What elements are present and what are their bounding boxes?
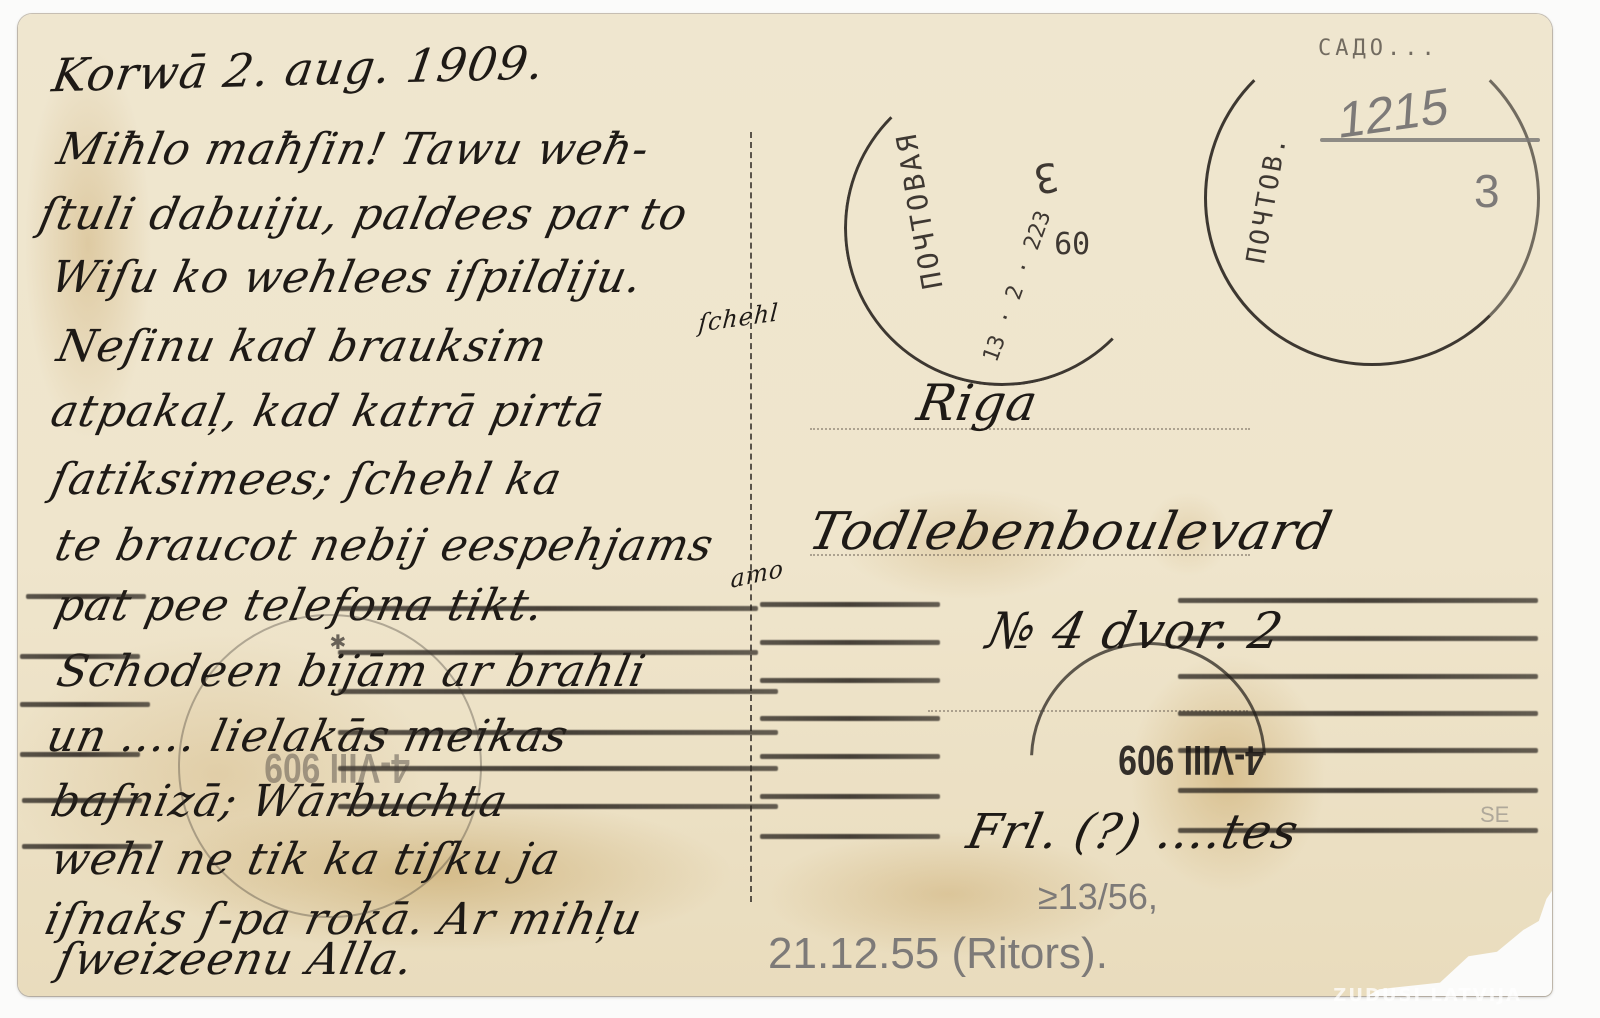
message-line: Neſinu kad brauksim [53, 321, 552, 372]
message-line: Wiſu ko wehlees iſpildiju. [47, 252, 648, 303]
message-line: te braucot nebij eespehjams [51, 520, 719, 571]
message-line: ſtuli dabuiju, paldees par to [35, 189, 693, 240]
message-line: ſatiksimees; ſchehl ka [47, 454, 567, 505]
roller-postmark-date-faint: 4-VIII 909 [264, 744, 410, 792]
address-recipient: Frl. (?) ....tes [962, 804, 1304, 860]
inventory-note: ≥13/56, [1038, 876, 1158, 918]
postcard-back: Korwā 2. aug. 1909. Miħlo maħſin! Tawu w… [18, 14, 1552, 996]
watermark: ZUDUSI LATVIJA [1333, 985, 1522, 1006]
star-icon: ✱ [330, 626, 346, 656]
circular-postmark-right-top-text: САДО... [1318, 36, 1439, 61]
address-city: Riga [913, 374, 1043, 432]
corner-note: SE [1480, 802, 1509, 828]
margin-note: amo [731, 554, 784, 594]
message-line: Miħlo maħſin! Tawu weħ- [53, 124, 655, 175]
center-divider [750, 132, 752, 902]
roller-postmark-date: 4-VIII 909 [1118, 736, 1264, 784]
message-line: ſweizeenu Alla. [53, 934, 419, 985]
catalog-sub-number: 3 [1474, 164, 1500, 218]
torn-corner [1364, 888, 1552, 996]
message-line: atpakaļ, kad katrā pirtā [47, 386, 609, 437]
circular-postmark-year: 09 [1054, 224, 1090, 259]
dateline: Korwā 2. aug. 1909. [49, 36, 548, 103]
catalog-fraction-line [1320, 138, 1540, 142]
address-street: Todlebenboulevard [804, 502, 1338, 562]
address-house: № 4 dvor. 2 [982, 602, 1289, 660]
margin-note: ſchehl [697, 298, 779, 338]
date-note: 21.12.55 (Ritors). [768, 929, 1108, 979]
